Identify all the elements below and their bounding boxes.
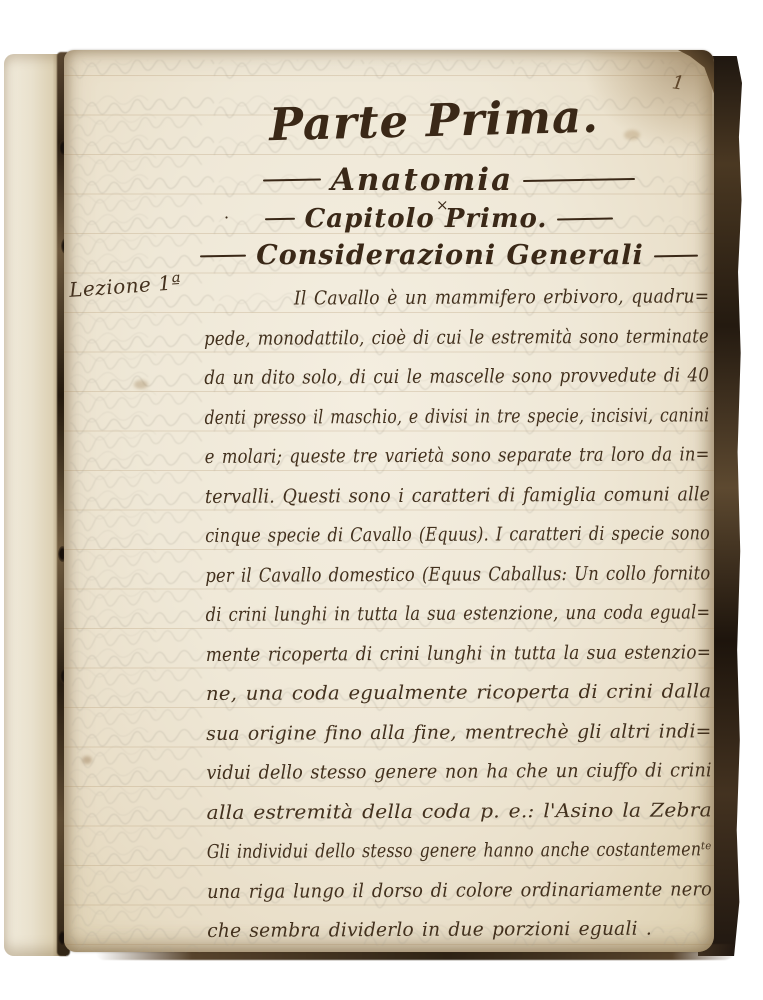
manuscript-line: cinque specie di Cavallo (Equus). I cara… <box>205 520 710 549</box>
manuscript-line: mente ricoperta di crini lunghi in tutta… <box>206 639 711 668</box>
manuscript-line: Gli individui dello stesso genere hanno … <box>207 836 712 865</box>
manuscript-line: denti presso il maschio, e divisi in tre… <box>204 402 709 431</box>
manuscript-line: da un dito solo, di cui le mascelle sono… <box>204 362 709 391</box>
manuscript-line: vidui dello stesso genere non ha che un … <box>206 757 711 786</box>
manuscript-line: sua origine fino alla fine, mentrechè gl… <box>206 718 711 747</box>
manuscript-line: tervalli. Questi sono i caratteri di fam… <box>205 481 710 510</box>
manuscript-line: Il Cavallo è un mammifero erbivoro, quad… <box>294 283 709 311</box>
manuscript-page: 1 Parte Prima. Anatomia × · Capitolo Pri… <box>64 50 714 952</box>
manuscript-body: Il Cavallo è un mammifero erbivoro, quad… <box>62 48 717 953</box>
manuscript-line: una riga lungo il dorso di colore ordina… <box>207 876 712 905</box>
manuscript-line: alla estremità della coda p. e.: l'Asino… <box>207 797 712 826</box>
manuscript-line: di crini lunghi in tutta la sua estenzio… <box>206 599 711 628</box>
manuscript-line: e molari; queste tre varietà sono separa… <box>205 441 710 470</box>
manuscript-line: che sembra dividerlo in due porzioni egu… <box>207 916 652 944</box>
manuscript-photo: 1 Parte Prima. Anatomia × · Capitolo Pri… <box>0 0 763 1000</box>
manuscript-line: per il Cavallo domestico (Equus Caballus… <box>205 560 710 589</box>
manuscript-line: pede, monodattilo, cioè di cui le estrem… <box>204 323 709 352</box>
manuscript-line: ne, una coda egualmente ricoperta di cri… <box>206 678 711 707</box>
